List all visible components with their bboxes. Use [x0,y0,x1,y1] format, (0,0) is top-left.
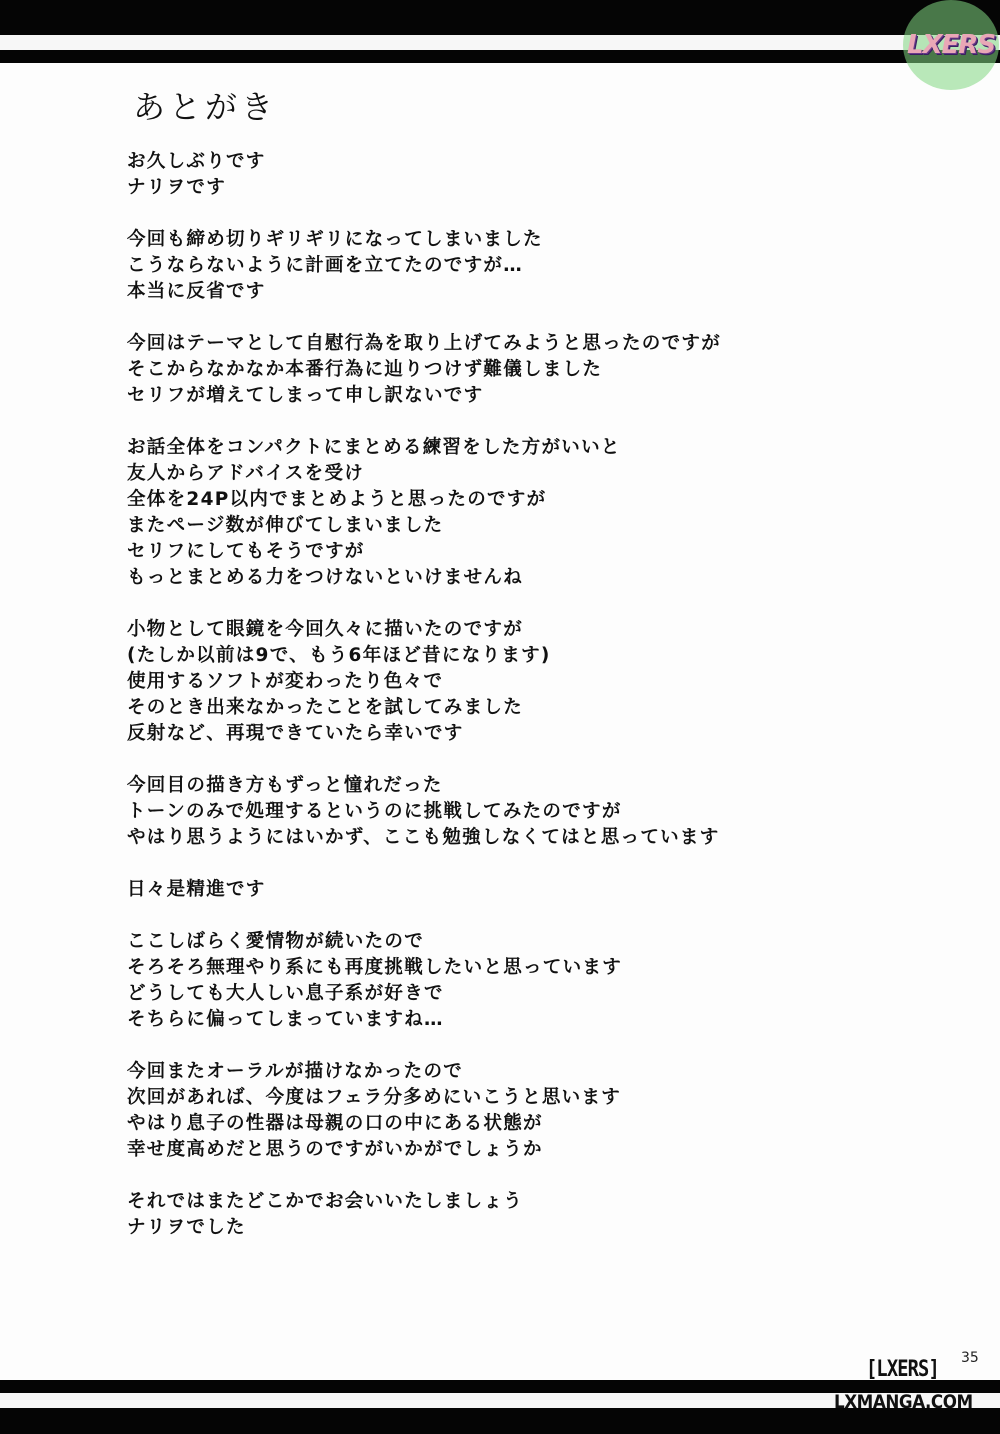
text-line: ここしばらく愛情物が続いたので [127,929,827,955]
text-line: 反射など、再現できていたら幸いです [127,721,827,747]
paragraph: ここしばらく愛情物が続いたので そろそろ無理やり系にも再度挑戦したいと思っていま… [127,929,827,1033]
paragraph: 日々是精進です [127,877,827,903]
text-line: そのとき出来なかったことを試してみました [127,695,827,721]
text-line: そろそろ無理やり系にも再度挑戦したいと思っています [127,955,827,981]
watermark-badge-text: LXERS [907,30,995,60]
text-line: 使用するソフトが変わったり色々で [127,669,827,695]
text-line: 幸せ度高めだと思うのですがいかがでしょうか [127,1137,827,1163]
bottom-border-band [0,1380,1000,1393]
text-line: (たしか以前は9で、もう6年ほど昔になります) [127,643,827,669]
page-number: 35 [961,1350,979,1366]
text-line: やはり息子の性器は母親の口の中にある状態が [127,1111,827,1137]
paragraph: 小物として眼鏡を今回久々に描いたのですが (たしか以前は9で、もう6年ほど昔にな… [127,617,827,747]
text-line: 今回も締め切りギリギリになってしまいました [127,227,827,253]
text-line: どうしても大人しい息子系が好きで [127,981,827,1007]
text-line: もっとまとめる力をつけないといけませんね [127,565,827,591]
top-border-band [0,0,1000,35]
text-line: 全体を24P以内でまとめようと思ったのですが [127,487,827,513]
paragraph: それではまたどこかでお会いいたしましょう ナリヲでした [127,1189,827,1241]
paragraph: お久しぶりです ナリヲです [127,149,827,201]
bottom-border-band-outer [0,1408,1000,1434]
paragraph: お話全体をコンパクトにまとめる練習をした方がいいと 友人からアドバイスを受け 全… [127,435,827,591]
text-line: やはり思うようにはいかず、ここも勉強しなくてはと思っています [127,825,827,851]
text-line: 次回があれば、今度はフェラ分多めにいこうと思います [127,1085,827,1111]
text-line: 友人からアドバイスを受け [127,461,827,487]
footer-watermark-logo: [LXERS] [866,1357,939,1382]
text-line: そちらに偏ってしまっていますね… [127,1007,827,1033]
text-line: 今回目の描き方もずっと憧れだった [127,773,827,799]
page-title: あとがき [133,82,277,128]
paragraph: 今回も締め切りギリギリになってしまいました こうならないように計画を立てたのです… [127,227,827,305]
text-line: 今回はテーマとして自慰行為を取り上げてみようと思ったのですが [127,331,827,357]
text-line: トーンのみで処理するというのに挑戦してみたのですが [127,799,827,825]
text-line: 小物として眼鏡を今回久々に描いたのですが [127,617,827,643]
text-line: ナリヲです [127,175,827,201]
watermark-badge: LXERS [903,0,999,90]
text-line: セリフが増えてしまって申し訳ないです [127,383,827,409]
paragraph: 今回目の描き方もずっと憧れだった トーンのみで処理するというのに挑戦してみたので… [127,773,827,851]
text-line: またページ数が伸びてしまいました [127,513,827,539]
footer-watermark-site: LXMANGA.COM [834,1393,973,1410]
afterword-body: お久しぶりです ナリヲです 今回も締め切りギリギリになってしまいました こうなら… [127,149,827,1267]
top-border-band-inner [0,50,1000,63]
text-line: セリフにしてもそうですが [127,539,827,565]
text-line: 本当に反省です [127,279,827,305]
text-line: 日々是精進です [127,877,827,903]
text-line: こうならないように計画を立てたのですが… [127,253,827,279]
text-line: ナリヲでした [127,1215,827,1241]
text-line: 今回またオーラルが描けなかったので [127,1059,827,1085]
top-border-stripe [0,35,1000,50]
text-line: それではまたどこかでお会いいたしましょう [127,1189,827,1215]
paragraph: 今回またオーラルが描けなかったので 次回があれば、今度はフェラ分多めにいこうと思… [127,1059,827,1163]
paragraph: 今回はテーマとして自慰行為を取り上げてみようと思ったのですが そこからなかなか本… [127,331,827,409]
text-line: お話全体をコンパクトにまとめる練習をした方がいいと [127,435,827,461]
text-line: そこからなかなか本番行為に辿りつけず難儀しました [127,357,827,383]
text-line: お久しぶりです [127,149,827,175]
